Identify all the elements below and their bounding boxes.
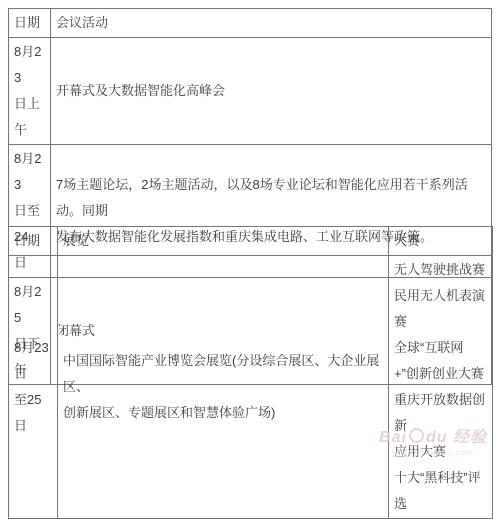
activity-cell: 开幕式及大数据智能化高峰会 <box>51 38 492 145</box>
expo-header-row: 日期 展览 大赛 <box>9 227 493 256</box>
expo-header-contest: 大赛 <box>389 227 493 256</box>
page-canvas: 日期 会议活动 8月23 日上午 开幕式及大数据智能化高峰会 8月23 日至24… <box>0 0 500 472</box>
expo-header-date: 日期 <box>9 227 58 256</box>
schedule-header-date: 日期 <box>9 9 51 38</box>
expo-row: 8月23日 至25日 中国国际智能产业博览会展览(分设综合展区、大企业展区、 创… <box>9 256 493 519</box>
schedule-header-activity: 会议活动 <box>51 9 492 38</box>
date-cell: 8月23 日上午 <box>9 38 51 145</box>
expo-contest-table: 日期 展览 大赛 8月23日 至25日 中国国际智能产业博览会展览(分设综合展区… <box>8 226 493 519</box>
schedule-header-row: 日期 会议活动 <box>9 9 492 38</box>
contest-cell: 无人驾驶挑战赛 民用无人机表演赛 全球“互联网 +”创新创业大赛 重庆开放数据创… <box>389 256 493 519</box>
expo-header-exhibition: 展览 <box>58 227 389 256</box>
exhibition-cell: 中国国际智能产业博览会展览(分设综合展区、大企业展区、 创新展区、专题展区和智慧… <box>58 256 389 519</box>
schedule-row-opening: 8月23 日上午 开幕式及大数据智能化高峰会 <box>9 38 492 145</box>
date-cell: 8月23日 至25日 <box>9 256 58 519</box>
